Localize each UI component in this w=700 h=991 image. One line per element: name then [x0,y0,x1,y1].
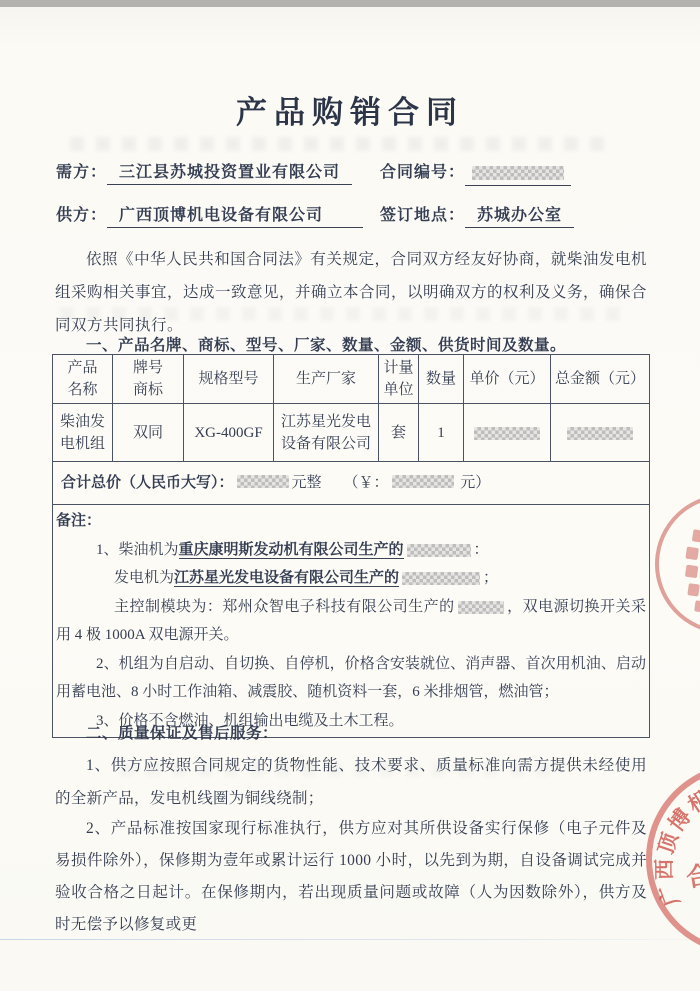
sign-place-value: 苏城办公室 [465,202,574,228]
redacted-engine-model [407,544,471,557]
total-label: 合计总价（人民币大写）： [61,475,234,491]
supplier-label: 供方： [56,207,107,224]
col-header-unit: 计量 单位 [379,355,419,404]
total-price-row: 合计总价（人民币大写）：元整（￥： 元） [53,462,650,505]
redacted-module-model [458,601,504,614]
col-header-brand: 牌号 商标 [113,355,184,404]
remark-item-1b: 发电机为江苏星光发电设备有限公司生产的； [56,564,646,593]
warranty-clause-1: 1、供方应按照合同规定的货物性能、技术要求、质量标准向需方提供未经使用的全新产品… [55,749,647,815]
remarks-label: 备注： [56,507,646,536]
table-row: 柴油发电机组 双同 XG-400GF 江苏星光发电设备有限公司 套 1 [53,404,650,462]
col-header-model: 规格型号 [184,355,274,404]
total-words-suffix: 元整 [292,475,322,491]
cell-unit: 套 [379,404,419,462]
supplier-name: 广西顶博机电设备有限公司 [107,202,363,228]
buyer-name: 三江县苏城投资置业有限公司 [107,159,352,185]
cell-quantity: 1 [419,404,464,462]
buyer-label: 需方： [56,164,107,181]
sign-place-label: 签订地点： [380,207,465,224]
cell-brand: 双同 [113,404,184,462]
section2-heading: 二、质量保证及售后服务： [55,721,647,743]
scanned-contract-page: { "page": { "title": "产品购销合同", "fields":… [0,0,700,991]
cell-manufacturer: 江苏星光发电设备有限公司 [274,404,379,462]
contract-no-label: 合同编号： [380,164,465,181]
total-numeric-redacted [392,475,454,488]
cell-unit-price-redacted [464,404,551,462]
col-header-product: 产品 名称 [53,355,113,404]
col-header-manufacturer: 生产厂家 [274,355,379,404]
table-header-row: 产品 名称 牌号 商标 规格型号 生产厂家 计量 单位 数量 单价（元） 总金额… [53,355,650,404]
warranty-clause-2: 2、产品标准按国家现行标准执行，供方应对其所供设备实行保修（电子元件及易损件除外… [55,813,647,941]
col-header-quantity: 数量 [419,355,464,404]
goods-table: 产品 名称 牌号 商标 规格型号 生产厂家 计量 单位 数量 单价（元） 总金额… [52,354,650,738]
seal-center-text: 合同专用章 [684,839,700,893]
scan-fold-line [0,939,700,940]
cell-product-name: 柴油发电机组 [53,404,113,462]
remark-item-2: 2、机组为自启动、自切换、自停机，价格含安装就位、消声器、首次用机油、启动用蓄电… [56,650,646,707]
page-title: 产品购销合同 [0,87,700,132]
contract-no-redacted [465,164,571,186]
cell-total-amount-redacted [551,404,650,462]
section1-heading: 一、产品名牌、商标、型号、厂家、数量、金额、供货时间及数量。 [55,333,647,355]
col-header-unit-price: 单价（元） [464,355,551,404]
remarks-row: 备注： 1、柴油机为重庆康明斯发动机有限公司生产的： 发电机为江苏星光发电设备有… [53,505,650,738]
preamble-paragraph: 依照《中华人民共和国合同法》有关规定，合同双方经友好协商，就柴油发电机组采购相关… [55,243,647,342]
col-header-total: 总金额（元） [551,355,650,404]
redacted-generator-model [402,572,480,585]
cell-model: XG-400GF [184,404,274,462]
remark-item-1: 1、柴油机为重庆康明斯发动机有限公司生产的： [56,536,646,565]
total-numeric-suffix: 元） [460,475,490,491]
bleed-through-artifact [70,137,610,151]
contract-paper: 产品购销合同 需方：三江县苏城投资置业有限公司 合同编号： 供方：广西顶博机电设… [0,7,700,991]
remark-item-1c: 主控制模块为：郑州众智电子科技有限公司生产的，双电源切换开关采用 4 极 100… [56,593,646,650]
total-words-redacted [237,475,289,488]
total-numeric-prefix: （￥： [344,475,389,491]
